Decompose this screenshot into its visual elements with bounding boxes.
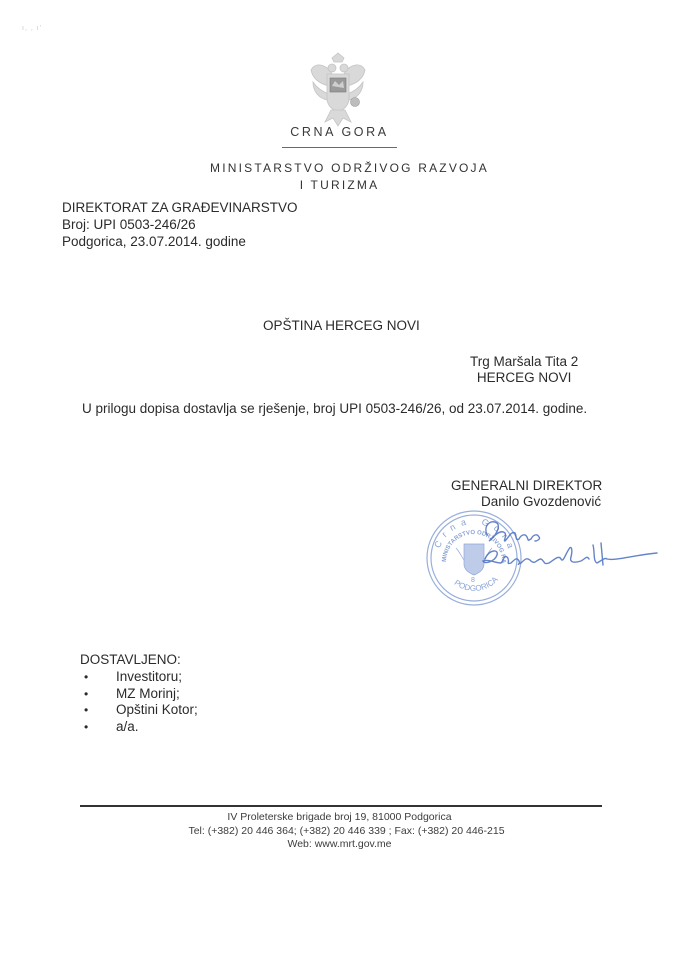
distribution-list: Investitoru; MZ Morinj; Opštini Kotor; a… — [84, 669, 198, 735]
ministry-line-2: I TURIZMA — [0, 177, 679, 194]
footer-divider — [80, 805, 602, 807]
signatory-title: GENERALNI DIREKTOR — [451, 478, 602, 493]
directorate-name: DIREKTORAT ZA GRAĐEVINARSTVO — [62, 199, 298, 216]
country-name: CRNA GORA — [0, 125, 679, 139]
footer-address: IV Proleterske brigade broj 19, 81000 Po… — [0, 811, 679, 825]
distribution-title: DOSTAVLJENO: — [80, 652, 181, 667]
document-header: DIREKTORAT ZA GRAĐEVINARSTVO Broj: UPI 0… — [62, 199, 298, 250]
scan-artifact: ı, , ı' — [22, 25, 42, 32]
letterhead-divider — [282, 147, 397, 148]
footer-web: Web: www.mrt.gov.me — [0, 838, 679, 852]
handwritten-signature — [475, 515, 665, 585]
ministry-line-1: MINISTARSTVO ODRŽIVOG RAZVOJA — [0, 160, 679, 177]
list-item: Opštini Kotor; — [84, 702, 198, 719]
recipient-address: Trg Maršala Tita 2 HERCEG NOVI — [470, 354, 578, 386]
list-item: MZ Morinj; — [84, 686, 198, 703]
address-street: Trg Maršala Tita 2 — [470, 354, 578, 370]
list-item: a/a. — [84, 719, 198, 736]
address-city: HERCEG NOVI — [470, 370, 578, 386]
list-item: Investitoru; — [84, 669, 198, 686]
signatory-name: Danilo Gvozdenović — [481, 494, 601, 509]
recipient-name: OPŠTINA HERCEG NOVI — [263, 318, 420, 333]
footer-contacts: Tel: (+382) 20 446 364; (+382) 20 446 33… — [0, 825, 679, 839]
coat-of-arms-icon — [305, 52, 371, 128]
ministry-name: MINISTARSTVO ODRŽIVOG RAZVOJA I TURIZMA — [0, 160, 679, 194]
footer: IV Proleterske brigade broj 19, 81000 Po… — [0, 811, 679, 852]
letter-body: U prilogu dopisa dostavlja se rješenje, … — [82, 401, 587, 416]
place-and-date: Podgorica, 23.07.2014. godine — [62, 233, 298, 250]
reference-number: Broj: UPI 0503-246/26 — [62, 216, 298, 233]
